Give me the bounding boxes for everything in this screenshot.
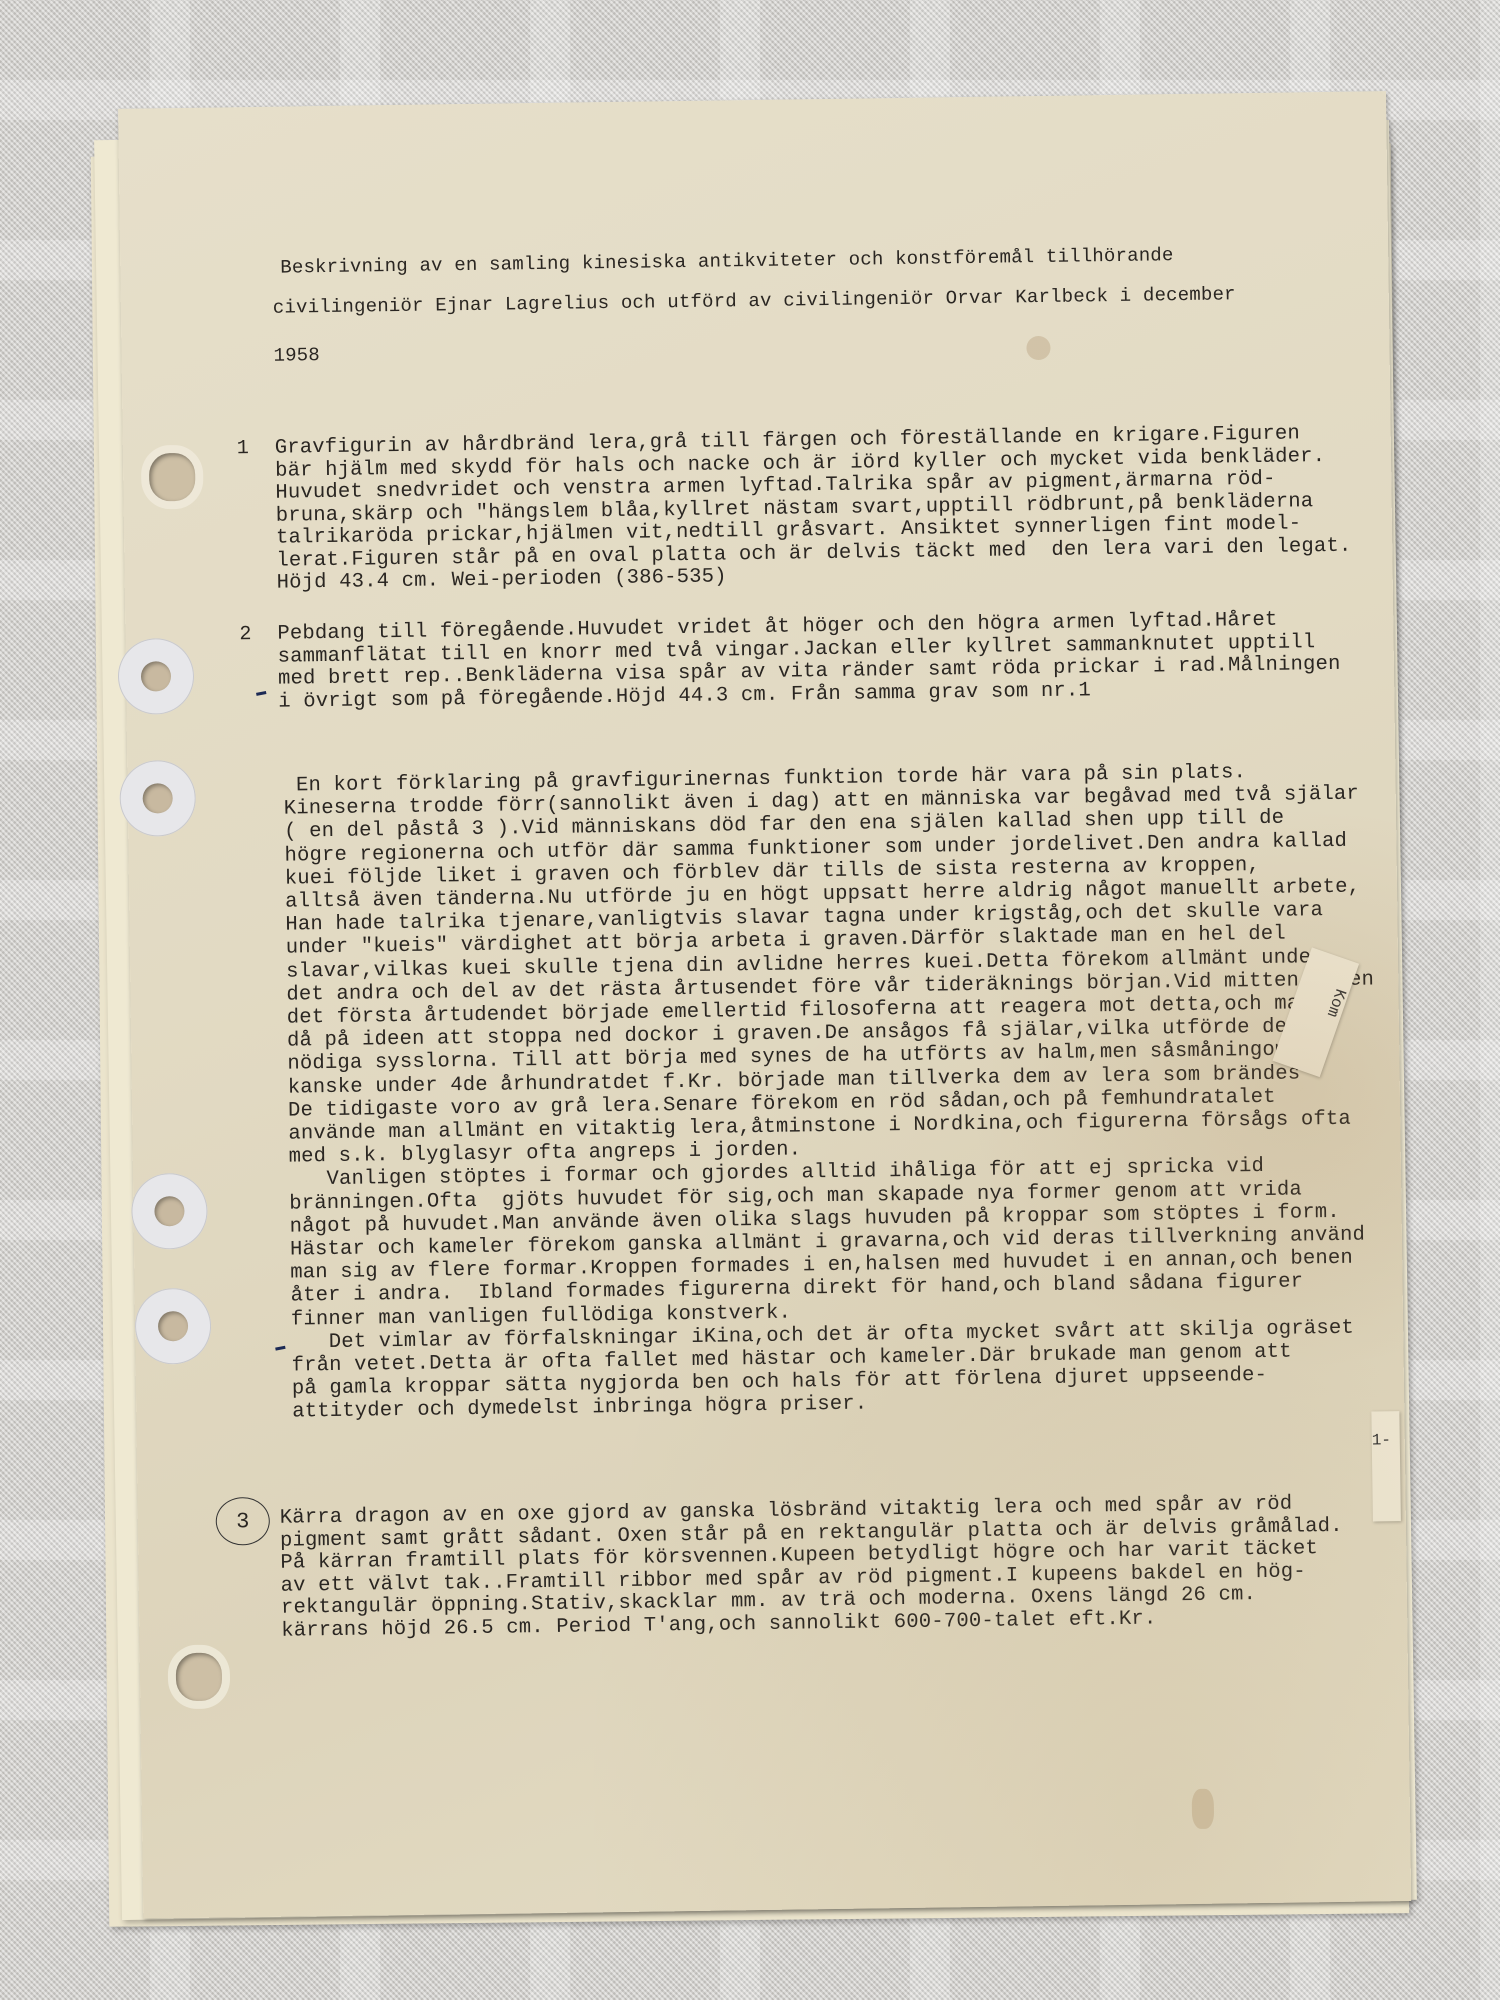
title-line: civilingeniör Ejnar Lagrelius och utförd… [273, 283, 1236, 318]
item-3-description: Kärra dragon av en oxe gjord av ganska l… [118, 91, 1386, 109]
stain-spot [1192, 1789, 1215, 1829]
text-line: Höjd 43.4 cm. Wei-perioden (386-535) [277, 565, 727, 594]
torn-binder-hole [149, 453, 196, 502]
punch-hole [158, 1311, 188, 1341]
torn-paper-scrap: 1- [1371, 1411, 1401, 1521]
page-content: Beskrivning av en samling kinesiska anti… [118, 91, 1411, 1919]
title-line: 1958 [273, 344, 320, 367]
typewritten-page: Beskrivning av en samling kinesiska anti… [118, 91, 1411, 1919]
punch-hole [142, 783, 172, 813]
document-title: Beskrivning av en samling kinesiska anti… [118, 91, 1386, 109]
item-number: 2 [239, 623, 251, 646]
item-2-description: Pebdang till föregående.Huvudet vridet å… [118, 91, 1386, 109]
item-1-description: Gravfigurin av hårdbränd lera,grå till f… [118, 91, 1386, 109]
title-line: Beskrivning av en samling kinesiska anti… [280, 244, 1174, 278]
item-number: 1 [237, 437, 249, 460]
circled-item-number: 3 [215, 1497, 270, 1546]
punch-hole [141, 661, 171, 691]
grave-figurine-explanation: En kort förklaring på gravfigurinernas f… [118, 91, 1386, 109]
punch-hole [154, 1196, 184, 1226]
torn-binder-hole [176, 1653, 223, 1702]
